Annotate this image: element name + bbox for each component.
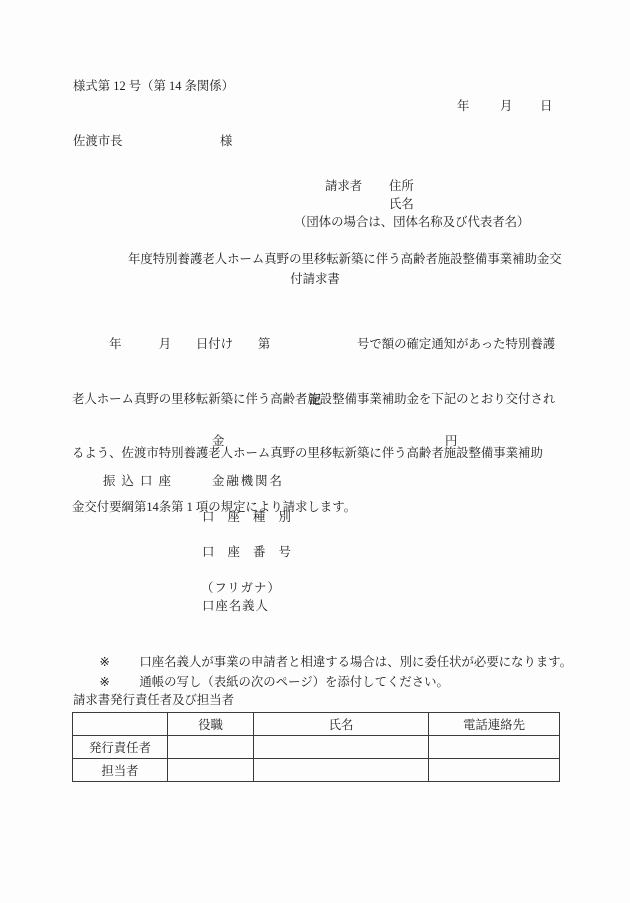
addressee-honorific: 様 <box>220 133 232 149</box>
claimant-name-label: 氏名 <box>389 196 414 212</box>
amount-prefix-label: 金 <box>212 433 224 449</box>
document-title-line1: 年度特別養護老人ホーム真野の里移転新築に伴う高齢者施設整備事業補助金交 <box>128 251 562 267</box>
date-year-label: 年 <box>457 98 469 114</box>
date-month-label: 月 <box>500 98 512 114</box>
date-day-label: 日 <box>540 98 552 114</box>
body-line: 年 月 日付け 第 号で額の確定通知があった特別養護 <box>72 333 564 355</box>
form-number: 様式第 12 号（第 14 条関係） <box>73 78 234 94</box>
claimant-address-label: 住所 <box>389 178 414 194</box>
cell-issuer-name <box>254 736 429 759</box>
account-type-label: 口 座 種 別 <box>202 509 296 525</box>
staff-table-header-row: 役職 氏名 電話連絡先 <box>73 713 560 736</box>
section-marker-ki: 記 <box>0 392 630 408</box>
staff-table-caption: 請求書発行責任者及び担当者 <box>73 692 234 708</box>
claimant-label: 請求者 <box>325 178 362 194</box>
claimant-org-note: （団体の場合は、団体名称及び代表者名） <box>294 214 529 230</box>
bank-name-label: 金融機関名 <box>212 473 284 489</box>
header-cell-blank <box>73 713 168 736</box>
header-cell-tel: 電話連絡先 <box>429 713 560 736</box>
header-cell-role: 役職 <box>168 713 254 736</box>
body-paragraph: 年 月 日付け 第 号で額の確定通知があった特別養護 老人ホーム真野の里移転新築… <box>72 301 564 550</box>
note-marker: ※ <box>99 674 139 690</box>
staff-table: 役職 氏名 電話連絡先 発行責任者 担当者 <box>72 712 560 782</box>
table-row: 担当者 <box>73 759 560 782</box>
body-line: 金交付要綱第14条第 1 項の規定により請求します。 <box>72 496 564 518</box>
cell-staff-name <box>254 759 429 782</box>
row-label-issuer: 発行責任者 <box>73 736 168 759</box>
transfer-account-section-label: 振 込 口 座 <box>103 473 172 489</box>
account-number-label: 口 座 番 号 <box>202 544 296 560</box>
furigana-label: （フリガナ） <box>201 580 281 596</box>
table-row: 発行責任者 <box>73 736 560 759</box>
document-page: 様式第 12 号（第 14 条関係） 年 月 日 佐渡市長 様 請求者 住所 氏… <box>0 0 630 903</box>
note-text: 通帳の写し（表紙の次のページ）を添付してください。 <box>139 675 449 689</box>
cell-staff-role <box>168 759 254 782</box>
amount-suffix-label: 円 <box>445 433 457 449</box>
body-line: るよう、佐渡市特別養護老人ホーム真野の里移転新築に伴う高齢者施設整備事業補助 <box>72 442 564 464</box>
row-label-staff: 担当者 <box>73 759 168 782</box>
cell-staff-tel <box>429 759 560 782</box>
header-cell-name: 氏名 <box>254 713 429 736</box>
cell-issuer-tel <box>429 736 560 759</box>
cell-issuer-role <box>168 736 254 759</box>
account-holder-label: 口座名義人 <box>202 598 269 614</box>
addressee: 佐渡市長 <box>73 133 123 149</box>
document-title-line2: 付請求書 <box>0 271 630 287</box>
